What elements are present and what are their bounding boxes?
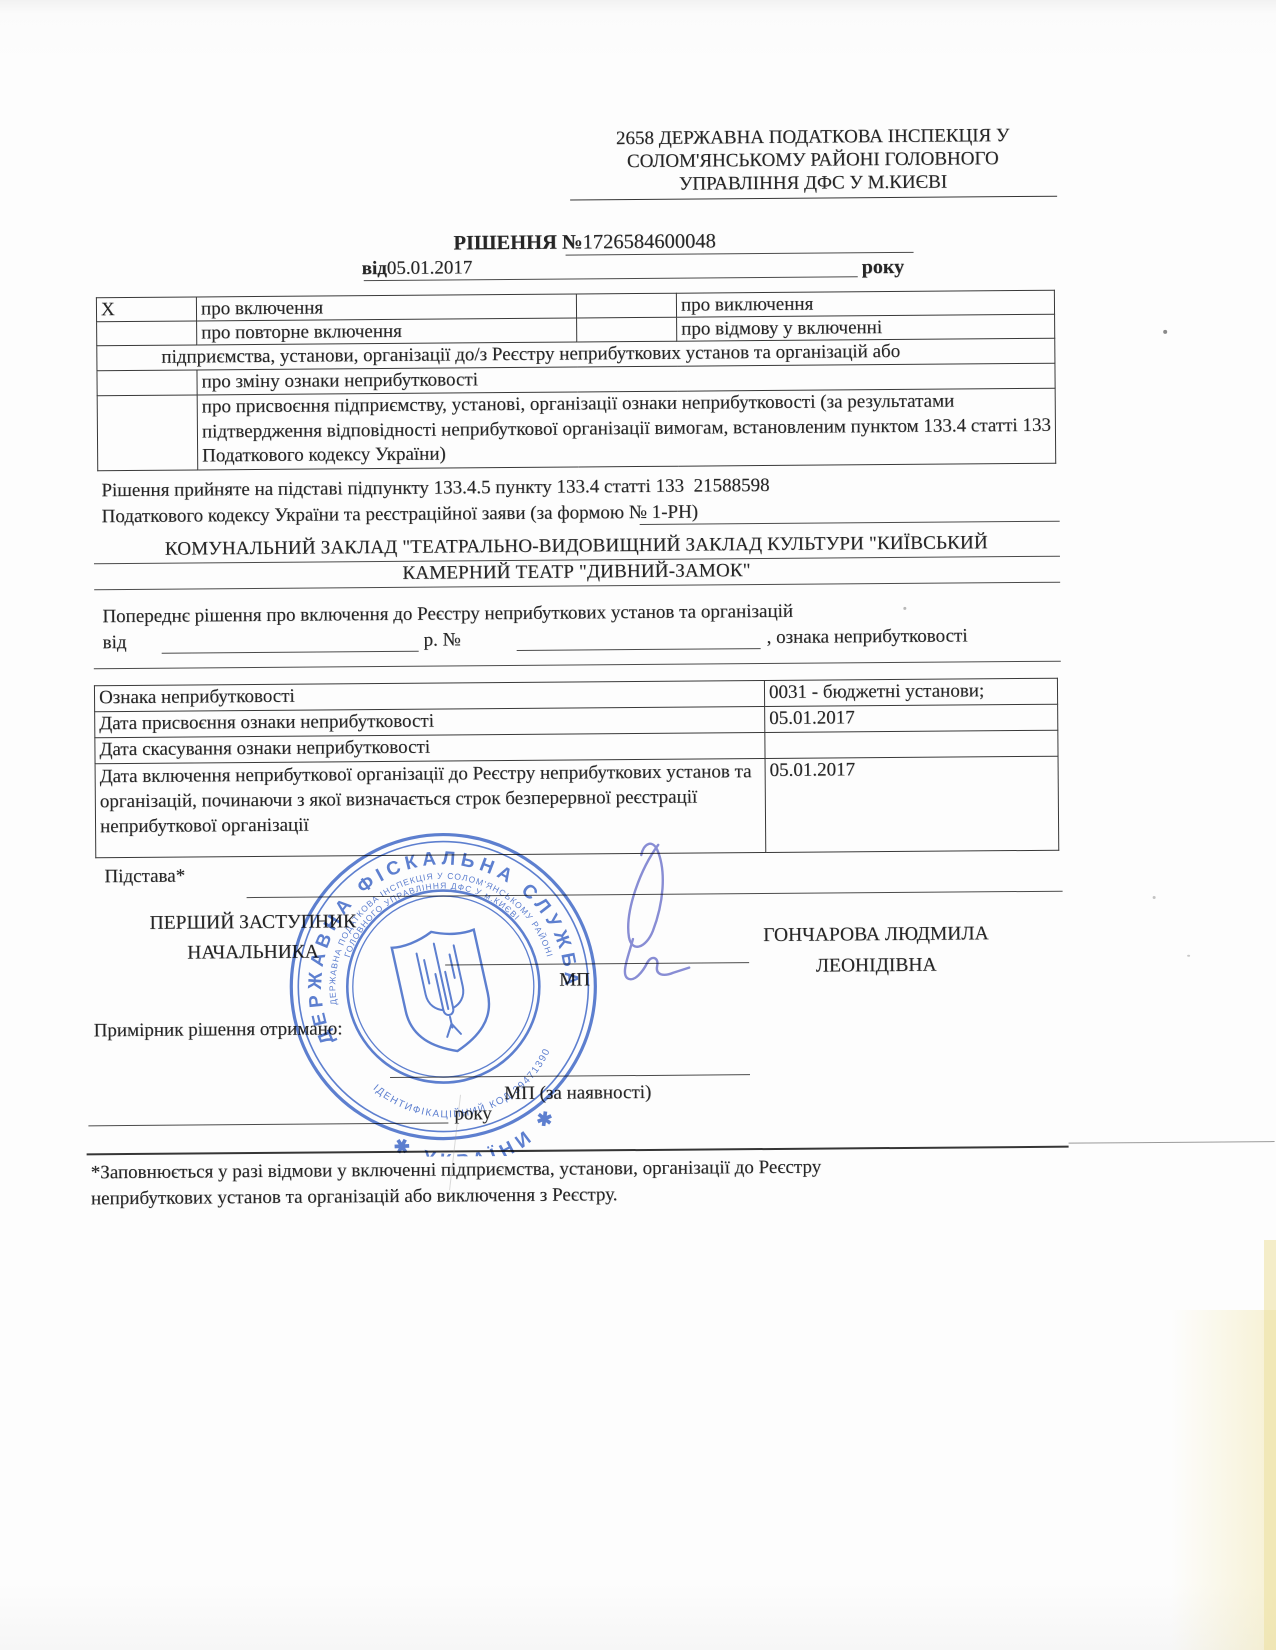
previous-number-blank — [517, 648, 761, 651]
previous-decision-underline — [94, 661, 1061, 670]
previous-decision-number-label: р. № — [424, 628, 461, 652]
option-inclusion: про включення — [196, 294, 576, 321]
option-exclusion: про виключення — [676, 290, 1054, 317]
scan-speck — [1163, 330, 1167, 334]
authority-line-2: СОЛОМ'ЯНСЬКОМУ РАЙОНІ ГОЛОВНОГО — [567, 147, 1059, 174]
scan-speck — [1153, 896, 1156, 899]
scan-speck — [903, 607, 906, 610]
basis-asterisk-label: Підстава* — [104, 865, 185, 890]
signer-name-line-1: ГОНЧАРОВА ЛЮДМИЛА — [743, 918, 1009, 951]
checkbox-exclusion — [576, 293, 676, 318]
previous-decision-from: від — [103, 631, 127, 655]
checkbox-inclusion: X — [96, 297, 196, 322]
signer-name: ГОНЧАРОВА ЛЮДМИЛА ЛЕОНІДІВНА — [743, 918, 1009, 982]
official-round-stamp: ДЕРЖАВНА ФІСКАЛЬНА СЛУЖБА ✱ УКРАЇНИ ✱ ДЕ… — [272, 815, 615, 1158]
handwritten-signature — [596, 834, 717, 1000]
previous-decision-suffix: , ознака неприбутковості — [766, 624, 967, 650]
signer-name-line-2: ЛЕОНІДІВНА — [743, 949, 1009, 982]
detail-value-cancel-date — [765, 730, 1058, 758]
detail-value-inclusion-date: 05.01.2017 — [765, 756, 1059, 852]
decision-date: від05.01.2017 — [362, 256, 473, 281]
checkbox-refusal — [577, 317, 677, 342]
header-underline — [570, 196, 1057, 201]
option-re-inclusion: про повторне включення — [197, 318, 577, 345]
decision-title-label: РІШЕННЯ № — [453, 231, 582, 254]
checkbox-re-inclusion — [97, 321, 197, 346]
option-refusal: про відмову у включенні — [677, 314, 1055, 341]
checkbox-change — [97, 370, 197, 396]
authority-line-3: УПРАВЛІННЯ ДФС У М.КИЄВІ — [567, 170, 1059, 197]
decision-title: РІШЕННЯ №1726584600048 — [453, 229, 716, 255]
document-content: 2658 ДЕРЖАВНА ПОДАТКОВА ІНСПЕКЦІЯ У СОЛО… — [0, 0, 1276, 1650]
year-word: року — [862, 255, 905, 279]
date-prefix: від — [362, 258, 387, 279]
option-assign: про присвоєння підприємству, установі, о… — [197, 388, 1056, 469]
decision-number: 1726584600048 — [582, 230, 715, 253]
scan-speck — [1187, 955, 1190, 957]
checkbox-assign — [97, 395, 198, 470]
date-value: 05.01.2017 — [387, 257, 473, 279]
basis-line-2: Податкового кодексу України та реєстраці… — [102, 498, 1002, 529]
issuing-authority: 2658 ДЕРЖАВНА ПОДАТКОВА ІНСПЕКЦІЯ У СОЛО… — [567, 124, 1060, 197]
scanned-page: 2658 ДЕРЖАВНА ПОДАТКОВА ІНСПЕКЦІЯ У СОЛО… — [0, 0, 1276, 1650]
options-table: X про включення про виключення про повто… — [96, 290, 1056, 471]
footnote-line-2: неприбуткових установ та організацій або… — [91, 1180, 1021, 1211]
table-row: про присвоєння підприємству, установі, о… — [97, 388, 1056, 470]
detail-value-nonprofit-code: 0031 - бюджетні установи; — [764, 678, 1057, 706]
previous-date-blank — [162, 651, 419, 654]
footnote-rule-faint — [1069, 1141, 1275, 1144]
detail-value-assign-date: 05.01.2017 — [765, 704, 1058, 732]
trident-emblem-icon — [390, 923, 498, 1060]
